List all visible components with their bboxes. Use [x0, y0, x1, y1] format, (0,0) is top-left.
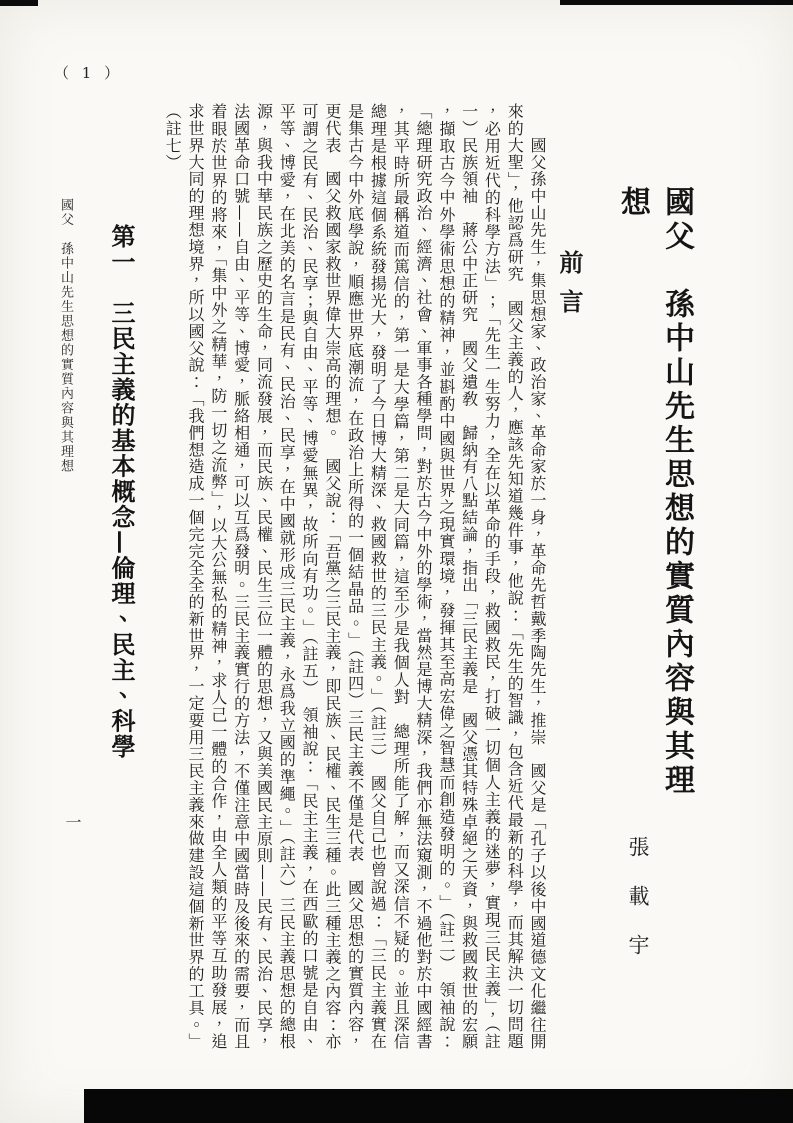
- author-name: 張載宇: [623, 836, 653, 1036]
- scan-artifact-top-left: [0, 0, 38, 6]
- preface-heading: 前言: [552, 250, 587, 340]
- preface-body: 國父孫中山先生，集思想家、政治家、革命家於一身，革命先哲戴季陶先生，推崇 國父是…: [160, 103, 548, 1050]
- folio-page-number: 一: [61, 814, 84, 844]
- margin-running-title: 國父 孫中山先生思想的實質內容與其理想: [56, 198, 75, 498]
- section-heading: 第一 三民主義的基本概念—倫理、民主、科學: [104, 224, 139, 784]
- page-number: （ 1 ）: [54, 62, 123, 83]
- scan-artifact-bottom-bar: [84, 1089, 793, 1123]
- scan-artifact-top-right: [560, 0, 793, 5]
- document-title: 國父 孫中山先生思想的實質內容與其理想: [610, 186, 698, 826]
- scanned-page: （ 1 ） 國父 孫中山先生思想的實質內容與其理想 張載宇 前言 國父孫中山先生…: [0, 0, 793, 1123]
